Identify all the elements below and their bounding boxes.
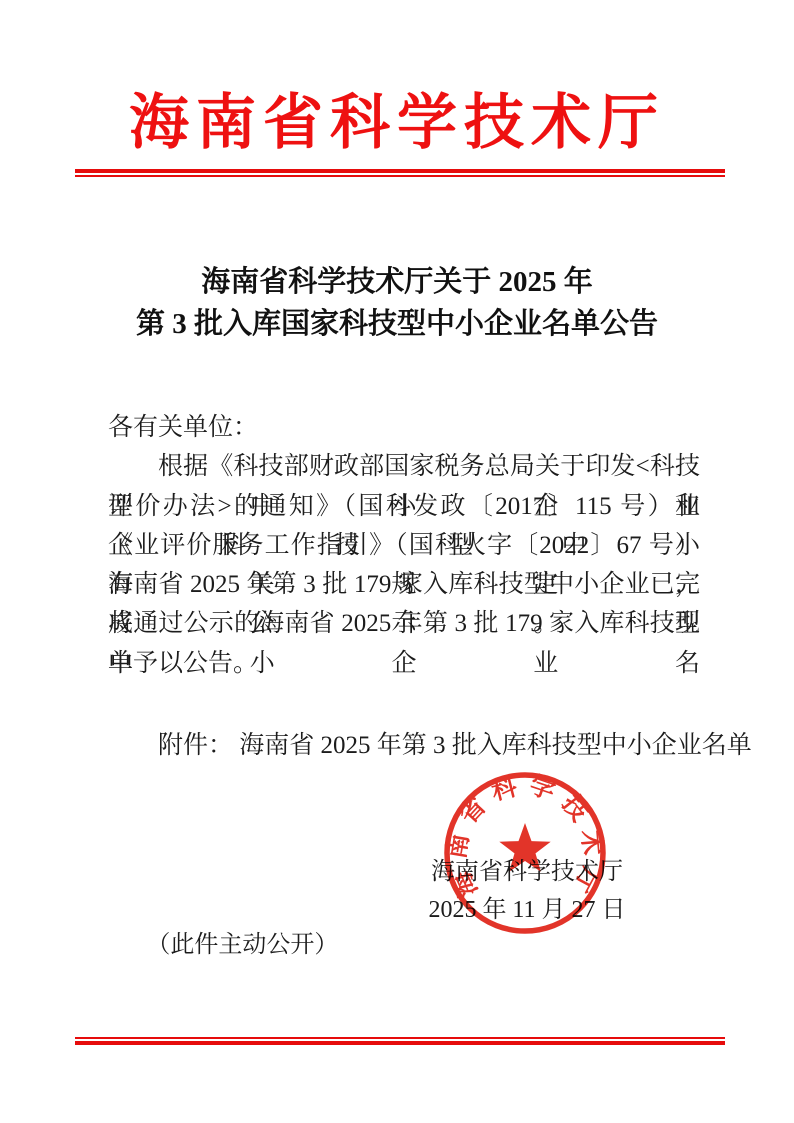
attachment-line: 附件： 海南省 2025 年第 3 批入库科技型中小企业名单 xyxy=(108,726,748,765)
paragraph-line: 根据《科技部财政部国家税务总局关于印发<科技型中小企业 xyxy=(108,447,700,486)
document-title-line2: 第 3 批入库国家科技型中小企业名单公告 xyxy=(0,303,794,345)
salutation: 各有关单位： xyxy=(108,408,700,447)
document-title-line1: 海南省科学技术厅关于 2025 年 xyxy=(0,261,794,303)
disclosure-note: （此件主动公开） xyxy=(108,929,338,961)
body-text: 各有关单位： 根据《科技部财政部国家税务总局关于印发<科技型中小企业 评价办法>… xyxy=(108,408,700,683)
red-rule-top-thin xyxy=(75,175,725,177)
document-page: 海南省科学技术厅 海南省科学技术厅关于 2025 年 第 3 批入库国家科技型中… xyxy=(0,0,794,1123)
star-icon xyxy=(499,823,550,872)
document-title: 海南省科学技术厅关于 2025 年 第 3 批入库国家科技型中小企业名单公告 xyxy=(0,261,794,345)
paragraph-line: 企业评价服务工作指引》（国科火字〔2022〕67 号）有关规定， xyxy=(108,526,700,565)
red-rule-top xyxy=(75,169,725,177)
official-seal: 海南省科学技术厅 xyxy=(443,771,607,935)
paragraph-line: 评价办法>的通知》（国科发政〔2017〕115 号）和《科技型中小 xyxy=(108,487,700,526)
red-rule-bottom xyxy=(75,1037,725,1045)
red-rule-bottom-thick xyxy=(75,1041,725,1045)
agency-header: 海南省科学技术厅 xyxy=(0,82,794,164)
paragraph-line: 将通过公示的海南省 2025 年第 3 批 179 家入库科技型中小企业名 xyxy=(108,604,700,643)
paragraph-line: 海南省 2025 年第 3 批 179 家入库科技型中小企业已完成公示。现 xyxy=(108,565,700,604)
